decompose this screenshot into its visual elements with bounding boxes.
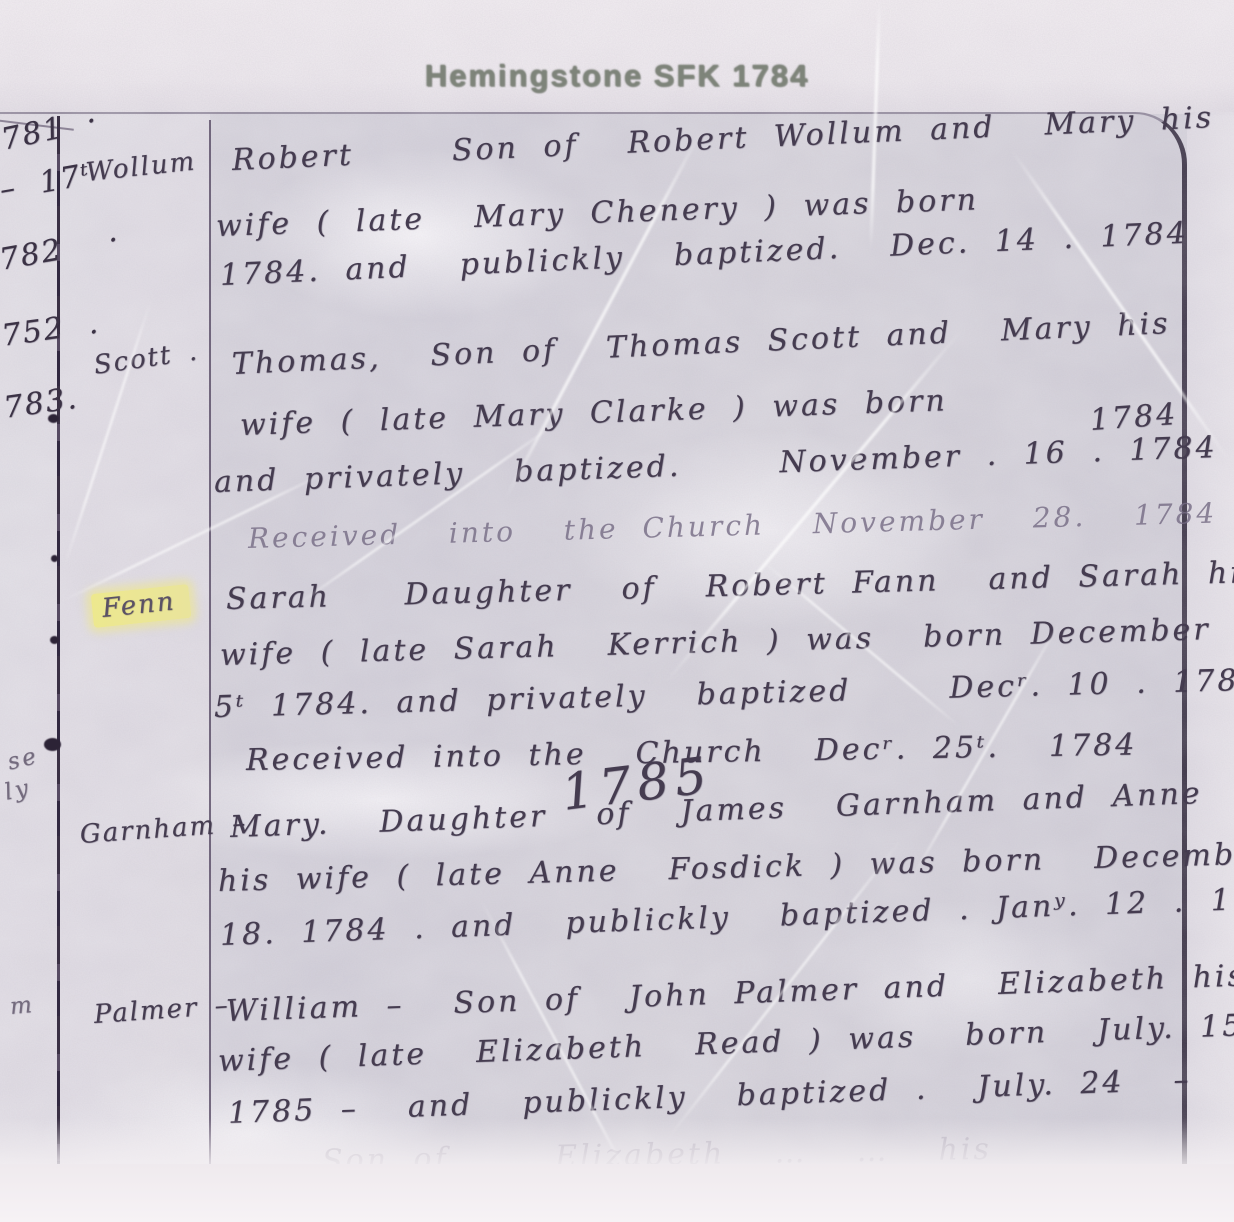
entry-year-right: 1784 <box>1089 400 1179 436</box>
margin-fragment: m <box>9 994 36 1019</box>
scanned-register-page: Hemingstone SFK 1784 781 · – 17ᵗ 782 · 7… <box>0 0 1234 1222</box>
ink-blob <box>51 555 58 562</box>
scan-caption-label: Hemingstone SFK 1784 <box>0 58 1234 94</box>
scan-bottom-fade <box>0 1118 1234 1168</box>
ink-blob <box>44 738 61 751</box>
ink-blob <box>50 636 59 644</box>
scan-top-margin <box>0 0 1234 114</box>
margin-fragment: ly <box>3 777 34 805</box>
highlighted-surname-wrap: Fenn <box>91 587 191 623</box>
scan-bottom-margin <box>0 1164 1234 1222</box>
